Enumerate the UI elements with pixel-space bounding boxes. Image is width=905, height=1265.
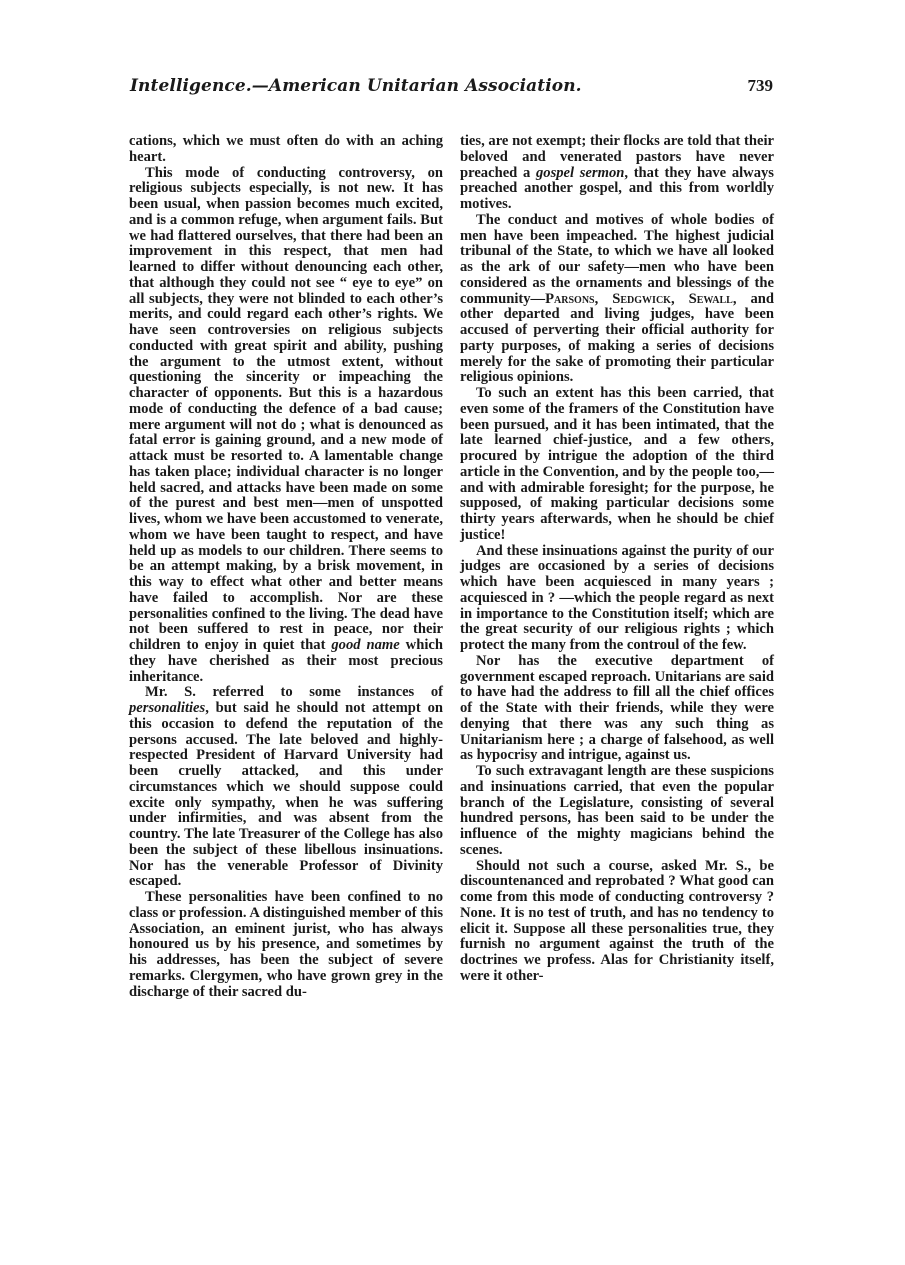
- right-column: ties, are not exempt; their flocks are t…: [460, 134, 774, 985]
- paragraph: Should not such a course, asked Mr. S., …: [460, 859, 774, 985]
- paragraph: And these insinuations against the purit…: [460, 544, 774, 654]
- paragraph-text: Mr. S. referred to some instances of: [145, 684, 443, 700]
- paragraph-text: These personalities have been confined t…: [129, 889, 443, 1000]
- paragraph-text: Should not such a course, asked Mr. S., …: [460, 858, 774, 984]
- paragraph-text: This mode of conducting controversy, on …: [129, 165, 443, 654]
- running-title: Intelligence.—American Unitarian Associa…: [130, 76, 582, 96]
- running-header: Intelligence.—American Unitarian Associa…: [0, 76, 773, 100]
- page-number: 739: [748, 76, 774, 96]
- paragraph: These personalities have been confined t…: [129, 890, 443, 1000]
- paragraph: cations, which we must often do with an …: [129, 134, 443, 166]
- italic-phrase: good name: [331, 637, 399, 653]
- paragraph-text: cations, which we must often do with an …: [129, 133, 443, 165]
- paragraph: This mode of conducting controversy, on …: [129, 166, 443, 686]
- paragraph: To such an extent has this been carried,…: [460, 386, 774, 544]
- paragraph-text: To such an extent has this been carried,…: [460, 385, 774, 543]
- italic-phrase: personalities: [129, 700, 205, 716]
- paragraph-text: To such extravagant length are these sus…: [460, 763, 774, 858]
- italic-phrase: gospel sermon: [536, 165, 624, 181]
- paragraph: Nor has the executive department of gove…: [460, 654, 774, 764]
- paragraph: The conduct and motives of whole bodies …: [460, 213, 774, 386]
- paragraph-text: And these insinuations against the purit…: [460, 543, 774, 654]
- left-column: cations, which we must often do with an …: [129, 134, 443, 1000]
- small-caps-names: Parsons, Sedgwick, Sewall: [545, 291, 733, 307]
- paragraph: Mr. S. referred to some instances of per…: [129, 685, 443, 890]
- paragraph: ties, are not exempt; their flocks are t…: [460, 134, 774, 213]
- paragraph-text: Nor has the executive department of gove…: [460, 653, 774, 764]
- paragraph: To such extravagant length are these sus…: [460, 764, 774, 859]
- paragraph-text: , but said he should not attempt on this…: [129, 700, 443, 889]
